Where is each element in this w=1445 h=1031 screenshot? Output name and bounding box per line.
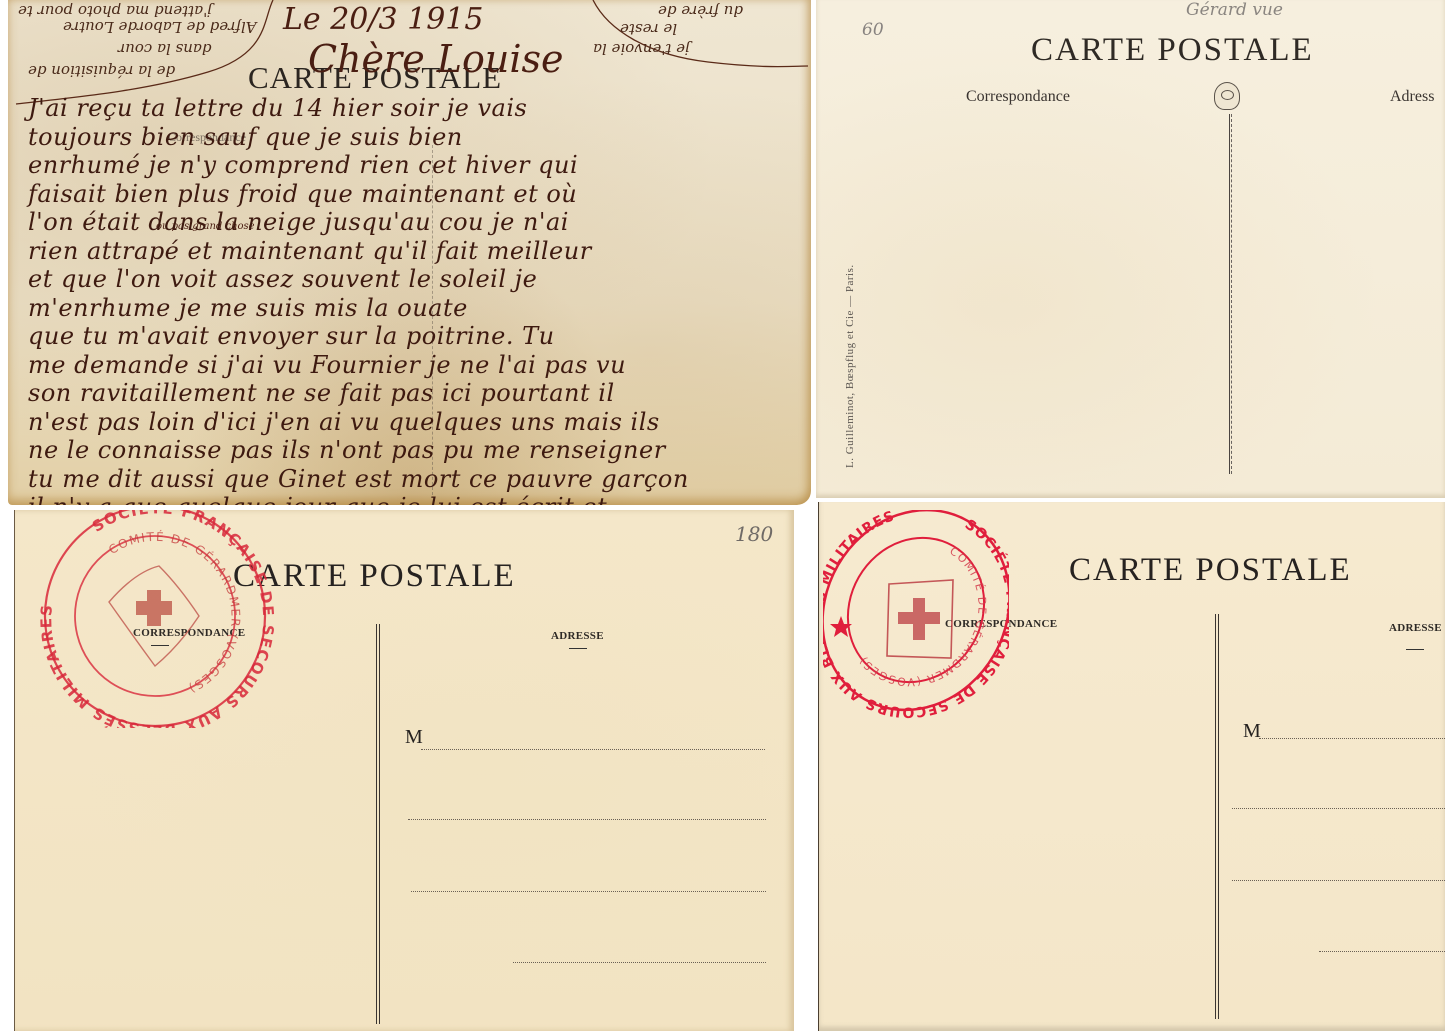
- letter-line: son ravitaillement ne se fait pas ici po…: [28, 379, 808, 408]
- letter-line: rien attrapé et maintenant qu'il fait me…: [28, 237, 808, 266]
- letter-line: ne le connaisse pas ils n'ont pas pu me …: [28, 436, 808, 465]
- address-line: [1259, 738, 1445, 739]
- postcard-handwritten: CARTE POSTALE Correspondance j'attend ma…: [8, 0, 811, 505]
- pencil-note: Gérard vue: [1186, 0, 1283, 20]
- address-line: [1232, 808, 1445, 809]
- red-cross-society-stamp-icon: SOCIÉTÉ FRANÇAISE DE SECOURS AUX BLESSÉS…: [823, 510, 1009, 730]
- label-underline: [569, 648, 587, 649]
- card-divider: [376, 624, 380, 1024]
- margin-note: Alfred de Laborde Loutre: [63, 18, 257, 36]
- letter-line: l'on était dans la neige jusqu'au cou je…: [28, 208, 808, 237]
- printed-title: CARTE POSTALE: [1031, 32, 1314, 69]
- letter-line: toujours bien sauf que je suis bien: [28, 123, 808, 152]
- letter-line: et que l'on voit assez souvent le soleil…: [28, 265, 808, 294]
- address-label: Adress: [1390, 88, 1434, 106]
- letter-line: me demande si j'ai vu Fournier je ne l'a…: [28, 351, 808, 380]
- margin-note: le reste: [620, 20, 677, 38]
- postcard-blank-top-right: Gérard vue 60 CARTE POSTALE Correspondan…: [816, 0, 1445, 498]
- pencil-number: 60: [862, 20, 884, 40]
- publisher-imprint: L. Guilleminot, Bœspflug et Cie — Paris.: [844, 264, 856, 468]
- printed-title: CARTE POSTALE: [1069, 552, 1352, 589]
- margin-note: dans la cour: [118, 40, 211, 58]
- margin-note: du frère de: [658, 2, 743, 20]
- correspondence-label: Correspondance: [966, 88, 1070, 106]
- letter-body: J'ai reçu ta lettre du 14 hier soir je v…: [28, 94, 808, 505]
- label-underline: [1406, 649, 1424, 650]
- address-line: [513, 962, 766, 963]
- card-divider: [1215, 614, 1219, 1019]
- letter-line: tu me dit aussi que Ginet est mort ce pa…: [28, 465, 808, 494]
- letter-line: que tu m'avait envoyer sur la poitrine. …: [28, 322, 808, 351]
- margin-note: de la réquisition de: [28, 62, 175, 80]
- address-line: [1232, 880, 1445, 881]
- pencil-number: 180: [735, 522, 773, 546]
- letter-line: m'enrhume je me suis mis la ouate: [28, 294, 808, 323]
- publisher-emblem-icon: [1214, 82, 1240, 110]
- address-label: ADRESSE: [1389, 622, 1442, 634]
- letter-line: il n'y a que quelque jour que je lui est…: [28, 493, 808, 505]
- postcard-stamped-bottom-right: CARTE POSTALE CORRESPONDANCE ADRESSE M S…: [818, 502, 1445, 1031]
- letter-line: faisait bien plus froid que maintenant e…: [28, 180, 808, 209]
- address-label: ADRESSE: [551, 630, 604, 642]
- postcard-stamped-bottom-left: 180 CARTE POSTALE CORRESPONDANCE ADRESSE…: [14, 510, 794, 1031]
- address-line: [421, 749, 765, 750]
- address-line: [411, 891, 766, 892]
- card-divider: [1229, 114, 1232, 474]
- red-cross-society-stamp-icon: SOCIÉTÉ FRANÇAISE DE SECOURS AUX BLESSÉS…: [29, 510, 281, 728]
- addressee-prefix: M: [1243, 720, 1261, 743]
- address-line: [1319, 951, 1445, 952]
- letter-line: J'ai reçu ta lettre du 14 hier soir je v…: [28, 94, 808, 123]
- letter-line: n'est pas loin d'ici j'en ai vu quelques…: [28, 408, 808, 437]
- margin-note: je t'envoie la: [593, 40, 690, 58]
- letter-line: enrhumé je n'y comprend rien cet hiver q…: [28, 151, 808, 180]
- addressee-prefix: M: [405, 726, 423, 749]
- letter-greeting: Chère Louise: [308, 40, 564, 78]
- address-line: [408, 819, 766, 820]
- letter-date: Le 20/3 1915: [283, 5, 483, 35]
